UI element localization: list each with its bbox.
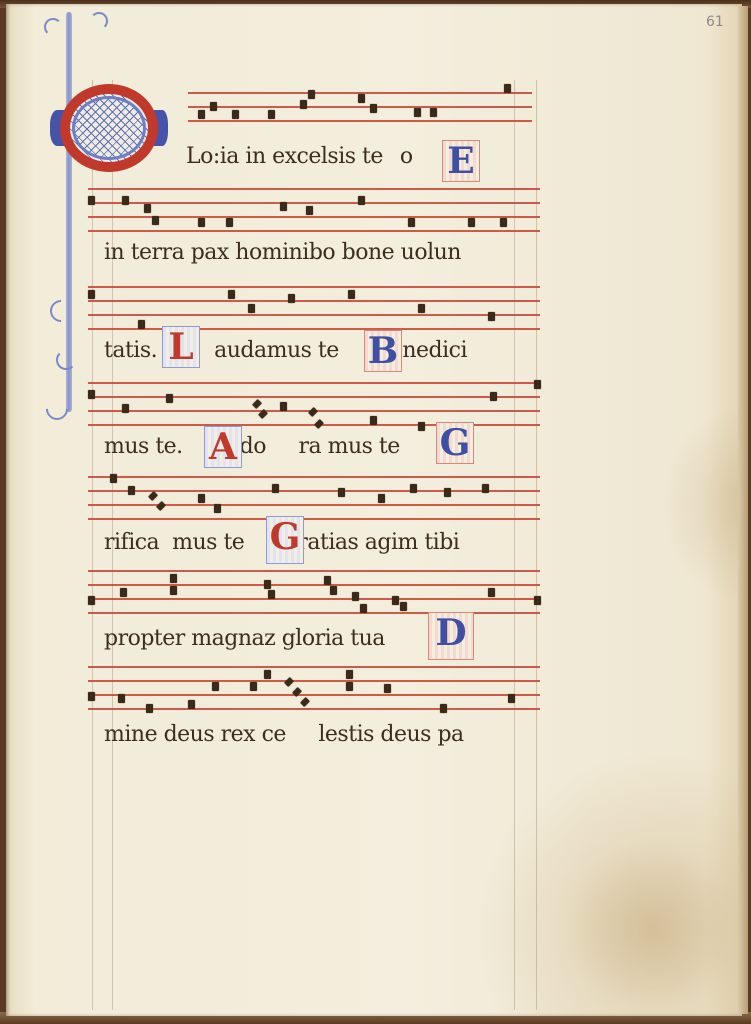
lyric-text: audamus te <box>214 338 339 363</box>
initial-g-gratias: G <box>266 516 304 564</box>
music-staff <box>88 664 540 712</box>
lyric-text: mus te. <box>104 434 183 459</box>
lyric-line-2: in terra pax hominibo bone uolun <box>104 240 461 274</box>
music-staff <box>88 568 540 616</box>
large-initial-g <box>44 78 169 178</box>
flourish-swirl <box>44 18 62 36</box>
lyric-text: tatis. <box>104 338 157 363</box>
initial-d: D <box>428 612 474 660</box>
flourish-swirl <box>56 350 76 370</box>
lyric-line-7: mine deus rex ce lestis deus pa <box>104 722 464 756</box>
initial-g-gloria: G <box>436 422 474 464</box>
stain <box>560 840 740 1010</box>
music-staff <box>88 186 540 234</box>
music-staff <box>88 284 540 332</box>
lyric-line-4: mus te. do ra mus te lo <box>104 434 468 468</box>
music-staff <box>88 474 540 522</box>
lyric-line-1: Lo:ia in excelsis te o t <box>186 144 476 178</box>
initial-b: B <box>364 330 402 372</box>
lyric-text: do ra mus te <box>240 434 400 459</box>
music-staff <box>188 90 532 138</box>
lyric-line-6: propter magnaz gloria tua o <box>104 626 449 660</box>
lyric-text: Lo:ia in excelsis te <box>186 144 383 169</box>
folio-number: 61 <box>706 14 724 30</box>
initial-inner-pattern <box>72 96 146 160</box>
page-edge <box>738 6 748 1014</box>
lyric-text: ratias agim tibi <box>297 530 459 555</box>
initial-l: L <box>162 326 200 368</box>
lyric-text: rifica mus te <box>104 530 244 555</box>
lyric-text: propter magnaz gloria tua <box>104 626 385 651</box>
initial-e: E <box>442 140 480 182</box>
lyric-line-3: tatis. audamus te enedici <box>104 338 467 372</box>
flourish-swirl <box>90 12 108 30</box>
lyric-text: o <box>400 144 413 169</box>
initial-a: A <box>204 426 242 468</box>
